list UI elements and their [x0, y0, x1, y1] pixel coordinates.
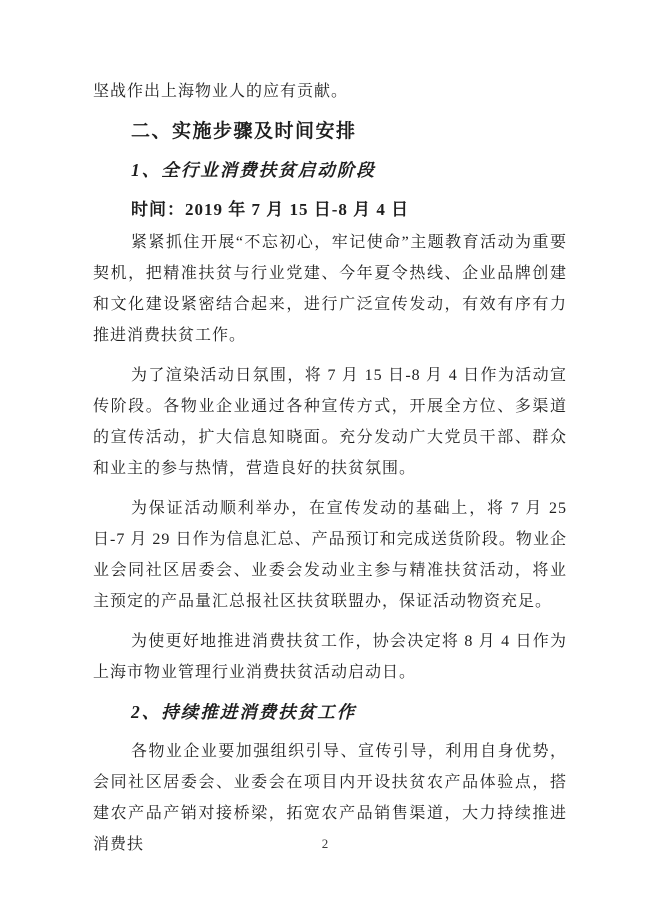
- document-content: 坚战作出上海物业人的应有贡献。 二、实施步骤及时间安排 1、全行业消费扶贫启动阶…: [93, 76, 567, 869]
- subsection-heading-1: 1、全行业消费扶贫启动阶段: [93, 155, 567, 186]
- section-heading: 二、实施步骤及时间安排: [93, 116, 567, 147]
- paragraph-continuation: 坚战作出上海物业人的应有贡献。: [93, 76, 567, 107]
- body-paragraph-4: 为使更好地推进消费扶贫工作，协会决定将 8 月 4 日作为上海市物业管理行业消费…: [93, 626, 567, 688]
- subsection-heading-2: 2、持续推进消费扶贫工作: [93, 697, 567, 728]
- body-paragraph-2: 为了渲染活动日氛围，将 7 月 15 日-8 月 4 日作为活动宣传阶段。各物业…: [93, 360, 567, 484]
- time-line: 时间：2019 年 7 月 15 日-8 月 4 日: [93, 194, 567, 225]
- document-page: 坚战作出上海物业人的应有贡献。 二、实施步骤及时间安排 1、全行业消费扶贫启动阶…: [0, 0, 650, 919]
- body-paragraph-1: 紧紧抓住开展“不忘初心，牢记使命”主题教育活动为重要契机，把精准扶贫与行业党建、…: [93, 227, 567, 351]
- body-paragraph-3: 为保证活动顺利举办，在宣传发动的基础上，将 7 月 25 日-7 月 29 日作…: [93, 493, 567, 617]
- page-number: 2: [0, 836, 650, 852]
